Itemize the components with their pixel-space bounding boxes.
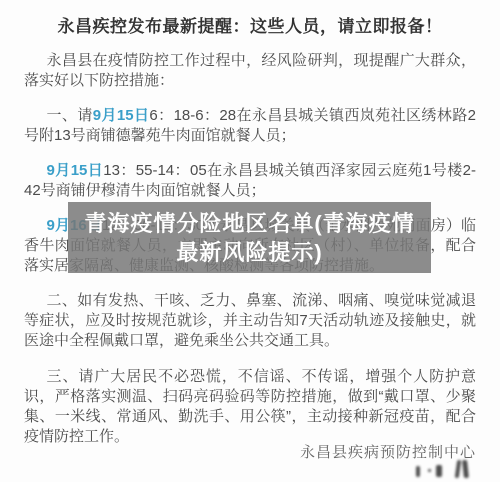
paragraph-measure-1b: 9月15日13：55-14：05在永昌县城关镇西泽家园云庭苑1号楼2-42号商铺… [24, 161, 476, 201]
notice-document: 永昌疾控发布最新提醒：这些人员，请立即报备！ 永昌县在疫情防控工作过程中，经风险… [0, 0, 500, 482]
watermark-text: 青海疫情分险地区名单(青海疫情最新风险提示) [80, 209, 419, 267]
page-title: 永昌疾控发布最新提醒：这些人员，请立即报备！ [0, 0, 500, 37]
handwritten-date-smudge [410, 458, 480, 480]
paragraph-measure-3: 三、请广大居民不必恐慌，不信谣、不传谣，增强个人防护意识，严格落实测温、扫码亮码… [24, 367, 476, 447]
paragraph-prefix: 一、请 [47, 107, 93, 124]
date-highlight: 9月15日 [93, 107, 150, 124]
intro-text: 永昌县在疫情防控工作过程中，经风险研判，现提醒广大群众，落实好以下防控措施： [24, 52, 476, 89]
paragraph-text: 二、如有发热、干咳、乏力、鼻塞、流涕、咽痛、嗅觉味觉减退等症状，应及时按规范就诊… [24, 292, 476, 349]
date-highlight: 9月15日 [47, 162, 104, 179]
watermark-overlay-banner: 青海疫情分险地区名单(青海疫情最新风险提示) [68, 202, 431, 273]
intro-paragraph: 永昌县在疫情防控工作过程中，经风险研判，现提醒广大群众，落实好以下防控措施： [24, 51, 476, 91]
paragraph-text: 三、请广大居民不必恐慌，不信谣、不传谣，增强个人防护意识，严格落实测温、扫码亮码… [24, 368, 476, 445]
paragraph-measure-2: 二、如有发热、干咳、乏力、鼻塞、流涕、咽痛、嗅觉味觉减退等症状，应及时按规范就诊… [24, 291, 476, 351]
paragraph-measure-1: 一、请9月15日6：18-6：28在永昌县城关镇西岚苑社区绣林路2号附13号商铺… [24, 106, 476, 146]
